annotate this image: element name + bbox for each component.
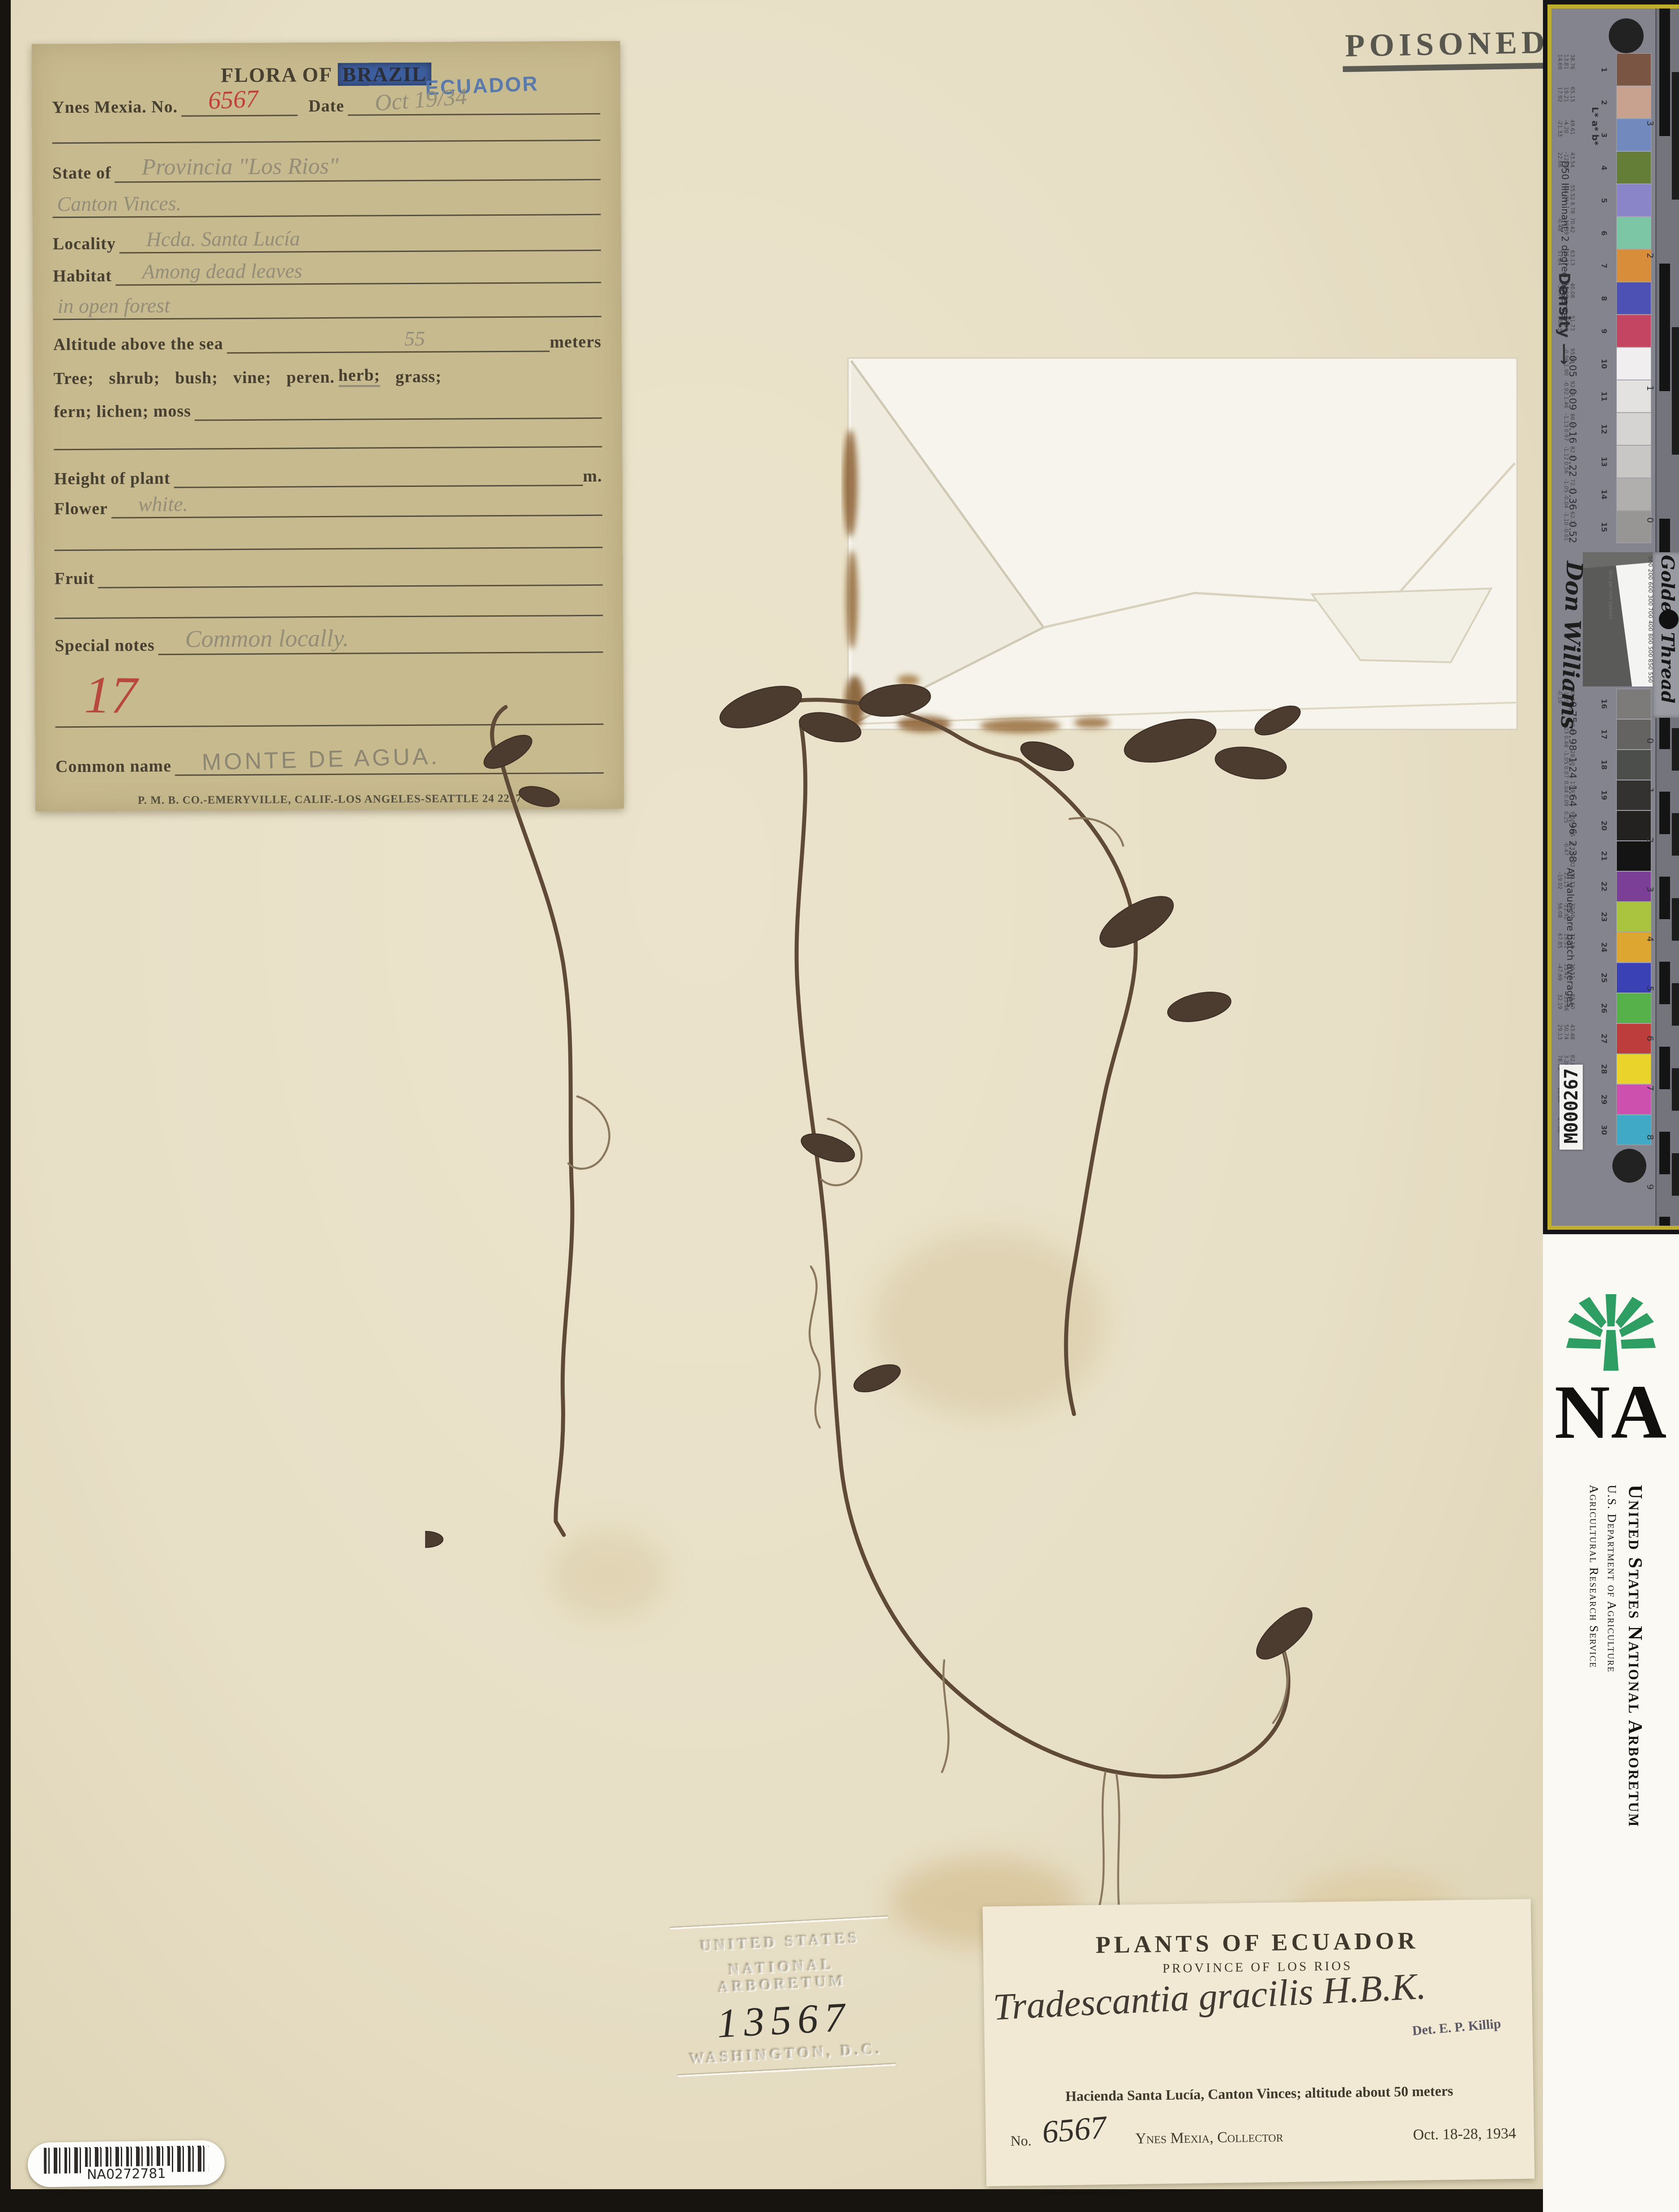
growth-form-row: Tree; shrub; bush; vine; peren. herb; gr… bbox=[53, 364, 601, 388]
arboretum-panel: NA United States National Arboretum U.S.… bbox=[1543, 1234, 1679, 2212]
number-rule: 6567 bbox=[181, 94, 298, 116]
number-date-row: Ynes Mexia. No. 6567 Date Oct 19/34 bbox=[52, 93, 600, 117]
embossed-accession-stamp: UNITED STATES NATIONAL ARBORETUM 13567 W… bbox=[667, 1916, 899, 2089]
cm-scale-bars-offset bbox=[1672, 728, 1679, 1230]
patch-index: 11 bbox=[1600, 391, 1608, 401]
barcode-label: NA0272781 bbox=[27, 2140, 225, 2187]
collection-date: Oct. 18-28, 1934 bbox=[1413, 2125, 1516, 2144]
growth-herb-underlined: herb; bbox=[338, 365, 380, 387]
patch-row: 72.50 -22.92 56.08 23 bbox=[1551, 902, 1654, 932]
patch-row: 86.92 -1.13 0.97 12 bbox=[1551, 413, 1654, 445]
habitat-row: Habitat Among dead leaves bbox=[53, 261, 601, 286]
patch-row: 9.50 0.45 0.25 20 bbox=[1551, 810, 1654, 841]
habitat-row-2: in open forest bbox=[53, 295, 601, 320]
canton-row: Canton Vinces. bbox=[52, 193, 601, 218]
fruit-rule bbox=[98, 564, 603, 588]
canton-value: Canton Vinces. bbox=[57, 192, 181, 216]
ecuador-label-title: PLANTS OF ECUADOR bbox=[983, 1925, 1532, 1960]
inch-tick: 3 bbox=[1645, 120, 1656, 126]
patch-index: 29 bbox=[1600, 1095, 1608, 1104]
growth-form-row-2: fern; lichen; moss bbox=[54, 397, 602, 422]
patch-index: 24 bbox=[1600, 942, 1608, 952]
patch-lab-values: 72.17 -1.05 -0.04 bbox=[1554, 479, 1576, 510]
locality-value: Hcda. Santa Lucía bbox=[146, 226, 300, 251]
target-barcode-label: M000267 bbox=[1560, 1065, 1583, 1150]
patch-index: 26 bbox=[1600, 1003, 1608, 1013]
cm-tick: 0 bbox=[1645, 738, 1656, 744]
golden-thread-tag: Golden Thread bbox=[1653, 552, 1679, 718]
inch-tick: 1 bbox=[1645, 385, 1656, 391]
common-name-value: MONTE DE AGUA. bbox=[201, 743, 440, 776]
patch-index: 14 bbox=[1600, 489, 1608, 499]
patch-lab-values: 28.50 -1.05 0.07 bbox=[1554, 750, 1576, 779]
patch-index: 10 bbox=[1600, 358, 1608, 368]
patch-row: 43.54 -12.89 22.66 4 bbox=[1551, 151, 1654, 184]
cm-tick: 9 bbox=[1645, 1184, 1656, 1190]
org-usda: U.S. Department of Agriculture bbox=[1603, 1485, 1621, 2111]
state-rule: Provincia "Los Rios" bbox=[115, 158, 601, 183]
patch-row: 70.42 -32.39 -0.48 6 bbox=[1551, 217, 1654, 249]
fruit-row: Fruit bbox=[55, 564, 603, 588]
plant-specimen bbox=[425, 649, 1342, 2018]
patch-index: 2 bbox=[1600, 100, 1608, 105]
accession-number: 13567 bbox=[671, 1990, 897, 2050]
patch-index: 17 bbox=[1600, 729, 1608, 739]
na-monogram: NA bbox=[1543, 1368, 1679, 1457]
flower-value: white. bbox=[138, 492, 188, 516]
altitude-rule: 55 bbox=[227, 330, 550, 354]
fruit-label: Fruit bbox=[55, 569, 95, 588]
org-arboretum: United States National Arboretum bbox=[1621, 1485, 1649, 2111]
patch-index: 6 bbox=[1600, 230, 1608, 235]
patch-row: 17.97 0.04 0.09 19 bbox=[1551, 780, 1654, 810]
locality-line: Hacienda Santa Lucía, Canton Vinces; alt… bbox=[985, 2081, 1533, 2105]
patch-index: 18 bbox=[1600, 760, 1608, 770]
color-patch bbox=[1617, 689, 1651, 719]
patch-row: 55.52 8.78 -24.31 5 bbox=[1551, 184, 1654, 217]
patch-lab-values: 72.50 -22.92 56.08 bbox=[1554, 903, 1576, 931]
cm-tick: 4 bbox=[1645, 936, 1656, 942]
patch-index: 27 bbox=[1600, 1034, 1608, 1044]
growth-shrub: shrub; bbox=[109, 368, 160, 388]
patch-lab-values: 17.97 0.04 0.09 bbox=[1554, 781, 1576, 810]
height-unit: m. bbox=[583, 466, 602, 486]
crossed-country: BRAZIL bbox=[338, 63, 431, 86]
patch-index: 9 bbox=[1600, 328, 1608, 333]
cm-tick: 7 bbox=[1645, 1085, 1656, 1091]
color-patch bbox=[1617, 86, 1651, 118]
barcode-text: NA0272781 bbox=[28, 2165, 225, 2183]
patch-strip-upper: 38.76 13.81 14.69 1 65.15 19.21 17.92 2 … bbox=[1551, 53, 1654, 543]
patch-row: 49.61 -4.20 -21.33 3 bbox=[1551, 119, 1654, 151]
height-row: Height of plant m. bbox=[54, 464, 602, 489]
patch-lab-values: 55.52 8.78 -24.31 bbox=[1554, 185, 1576, 216]
state-row: State of Provincia "Los Rios" bbox=[52, 158, 601, 183]
collector-name: Ynes Mexia, Collector bbox=[1135, 2128, 1283, 2148]
locality-row: Locality Hcda. Santa Lucía bbox=[53, 229, 601, 254]
arboretum-tree-icon bbox=[1566, 1288, 1656, 1371]
state-label: State of bbox=[52, 163, 111, 183]
red-sheet-number: 17 bbox=[84, 665, 137, 726]
patch-index: 22 bbox=[1600, 882, 1608, 891]
habitat-value: Among dead leaves bbox=[142, 259, 303, 283]
flora-of-text: FLORA OF bbox=[221, 63, 332, 86]
special-notes-value: Common locally. bbox=[185, 624, 349, 653]
blank-rule bbox=[54, 547, 602, 551]
patch-index: 21 bbox=[1600, 851, 1608, 861]
flora-label-header: FLORA OF BRAZIL ECUADOR bbox=[52, 61, 600, 88]
canton-rule: Canton Vinces. bbox=[52, 193, 601, 218]
common-name-label: Common name bbox=[55, 756, 171, 776]
flower-row: Flower white. bbox=[54, 494, 602, 519]
altitude-unit: meters bbox=[550, 332, 601, 352]
patch-index: 28 bbox=[1600, 1064, 1608, 1074]
patch-row: 92.09 -0.92 1.46 11 bbox=[1551, 380, 1654, 413]
patch-index: 4 bbox=[1600, 165, 1608, 170]
patch-lab-values: 9.50 0.45 0.25 bbox=[1554, 811, 1576, 840]
date-rule: Oct 19/34 bbox=[348, 93, 600, 116]
dpi-caption: dots per inch (optical) bbox=[1608, 570, 1613, 619]
patch-lab-values: 92.09 -0.92 1.46 bbox=[1554, 381, 1576, 412]
patch-lab-values: 70.42 -32.39 -0.48 bbox=[1554, 217, 1576, 248]
color-patch bbox=[1617, 54, 1651, 85]
patch-index: 20 bbox=[1600, 821, 1608, 831]
patch-index: 15 bbox=[1600, 522, 1608, 532]
brand-dot bbox=[1659, 609, 1679, 629]
determination-label: PLANTS OF ECUADOR PROVINCE OF LOS RIOS T… bbox=[983, 1899, 1535, 2186]
patch-lab-values: 95.34 -0.90 1.90 bbox=[1554, 348, 1576, 379]
date-value: Oct 19/34 bbox=[374, 83, 468, 116]
cm-tick: 3 bbox=[1645, 887, 1656, 892]
altitude-label: Altitude above the sea bbox=[53, 334, 223, 354]
patch-index: 23 bbox=[1600, 912, 1608, 922]
patch-lab-values: 82.37 -1.12 0.56 bbox=[1554, 446, 1576, 477]
patch-lab-values: 65.15 19.21 17.92 bbox=[1554, 87, 1576, 118]
blank-rule bbox=[52, 140, 601, 144]
patch-row: 65.15 19.21 17.92 2 bbox=[1551, 86, 1654, 119]
growth-grass: grass; bbox=[396, 367, 442, 387]
patch-index: 8 bbox=[1600, 296, 1608, 301]
cm-tick: 1 bbox=[1645, 788, 1656, 793]
cm-tick: 6 bbox=[1645, 1036, 1656, 1041]
patch-row: 72.10 19.51 67.85 24 bbox=[1551, 932, 1654, 963]
registration-circle-top bbox=[1609, 18, 1644, 53]
cm-tick: 5 bbox=[1645, 986, 1656, 992]
patch-lab-values: 38.76 13.81 14.69 bbox=[1554, 54, 1576, 85]
cm-tick: 2 bbox=[1645, 837, 1656, 843]
locality-label: Locality bbox=[53, 234, 116, 254]
patch-index: 30 bbox=[1600, 1125, 1608, 1135]
patch-lab-values: 43.54 -12.89 22.66 bbox=[1554, 152, 1576, 183]
patch-lab-values: 51.73 47.36 16.93 bbox=[1554, 315, 1576, 346]
barcode-value: NA0272781 bbox=[82, 2166, 170, 2183]
inch-tick: 2 bbox=[1645, 253, 1656, 259]
growth-peren: peren. bbox=[286, 367, 335, 388]
patch-lab-values: 30.32 22.13 -19.02 bbox=[1554, 872, 1576, 901]
flower-label: Flower bbox=[54, 499, 108, 519]
patch-index: 13 bbox=[1600, 456, 1608, 466]
habitat-rule: Among dead leaves bbox=[115, 261, 601, 286]
calibration-strip: inches centimeters L* a* b* D50 Illumina… bbox=[1543, 0, 1679, 1234]
patch-lab-values: 40.08 10.25 -34.77 bbox=[1554, 283, 1576, 314]
date-label: Date bbox=[308, 96, 344, 116]
no-label: No. bbox=[1010, 2132, 1032, 2149]
determiner-stamp: Det. E. P. Killip bbox=[1412, 2016, 1502, 2039]
height-label: Height of plant bbox=[54, 469, 170, 489]
patch-index: 7 bbox=[1600, 263, 1608, 268]
patch-lab-values: 29.51 13.42 -47.69 bbox=[1554, 963, 1576, 992]
growth-vine: vine; bbox=[233, 368, 271, 388]
flower-rule: white. bbox=[111, 494, 602, 519]
resolution-wedge bbox=[1583, 552, 1656, 686]
patch-row: 29.51 13.42 -47.69 25 bbox=[1551, 963, 1654, 993]
patch-index: 3 bbox=[1600, 132, 1608, 137]
herbarium-scan: FLORA OF BRAZIL ECUADOR Ynes Mexia. No. … bbox=[0, 0, 1679, 2212]
patch-row: 72.17 -1.05 -0.04 14 bbox=[1551, 478, 1654, 511]
habitat-rule-2: in open forest bbox=[53, 295, 601, 320]
cm-scale-bars bbox=[1659, 707, 1670, 1230]
patch-row: 28.50 -1.05 0.07 18 bbox=[1551, 750, 1654, 780]
patch-row: 62.32 -1.10 -0.01 15 bbox=[1551, 511, 1654, 543]
altitude-row: Altitude above the sea 55 meters bbox=[53, 330, 601, 354]
patch-lab-values: 49.61 -4.20 -21.33 bbox=[1554, 119, 1576, 150]
patch-lab-values: 86.92 -1.13 0.97 bbox=[1554, 413, 1576, 444]
calibration-target-card: inches centimeters L* a* b* D50 Illumina… bbox=[1547, 4, 1679, 1230]
patch-row: 4.33 0.32 -0.47 21 bbox=[1551, 841, 1654, 871]
patch-index: 25 bbox=[1600, 973, 1608, 983]
patch-index: 16 bbox=[1600, 699, 1608, 709]
patch-lab-values: 62.32 -1.10 -0.01 bbox=[1554, 511, 1576, 542]
state-value: Provincia "Los Rios" bbox=[141, 153, 339, 180]
patch-row: 38.76 13.81 14.69 1 bbox=[1551, 53, 1654, 86]
emboss-united-states: UNITED STATES bbox=[668, 1928, 892, 1956]
inch-tick-numbers: 3210 bbox=[1645, 120, 1656, 523]
resolution-chart: dots per inch (optical) 500 200600 30070… bbox=[1583, 552, 1656, 686]
cm-tick: 8 bbox=[1645, 1134, 1656, 1140]
growth-tree: Tree; bbox=[53, 369, 94, 388]
emboss-national-arboretum: NATIONAL ARBORETUM bbox=[669, 1953, 894, 1999]
blank-rule bbox=[55, 615, 603, 619]
patch-row: 55.60 -33.46 32.19 26 bbox=[1551, 993, 1654, 1023]
patch-row: 82.37 -1.12 0.56 13 bbox=[1551, 445, 1654, 478]
org-ars: Agricultural Research Service bbox=[1585, 1485, 1603, 2111]
patch-row: 43.48 50.74 29.13 27 bbox=[1551, 1023, 1654, 1054]
locality-rule: Hcda. Santa Lucía bbox=[119, 229, 601, 254]
patch-index: 1 bbox=[1600, 67, 1608, 72]
target-barcode-value: M000267 bbox=[1561, 1068, 1582, 1144]
growth-rule bbox=[195, 397, 602, 421]
patch-index: 12 bbox=[1600, 424, 1608, 434]
patch-lab-values: 55.60 -33.46 32.19 bbox=[1554, 994, 1576, 1023]
height-rule bbox=[174, 464, 583, 488]
patch-index: 5 bbox=[1600, 198, 1608, 203]
patch-row: 95.34 -0.90 1.90 10 bbox=[1551, 347, 1654, 380]
patch-lab-values: 43.48 50.74 29.13 bbox=[1554, 1024, 1576, 1053]
habitat-value-2: in open forest bbox=[57, 294, 170, 318]
blank-rule bbox=[54, 446, 602, 450]
collection-number: 6567 bbox=[208, 85, 259, 115]
habitat-label: Habitat bbox=[53, 266, 112, 286]
collector-row: No. 6567 Ynes Mexia, Collector Oct. 18-2… bbox=[1010, 2118, 1517, 2149]
patch-lab-values: 4.33 0.32 -0.47 bbox=[1554, 842, 1576, 870]
growth-fern-lichen-moss: fern; lichen; moss bbox=[54, 401, 191, 422]
altitude-value: 55 bbox=[404, 327, 425, 350]
patch-lab-values: 72.10 19.51 67.85 bbox=[1554, 933, 1576, 962]
collector-label: Ynes Mexia. No. bbox=[52, 97, 178, 117]
patch-lab-values: 63.13 35.43 57.84 bbox=[1554, 250, 1576, 281]
registration-circle-bottom bbox=[1612, 1149, 1646, 1183]
patch-index: 19 bbox=[1600, 790, 1608, 800]
special-notes-label: Special notes bbox=[55, 635, 154, 656]
collector-number: 6567 bbox=[1041, 2109, 1108, 2151]
patch-row: 40.08 10.25 -34.77 8 bbox=[1551, 282, 1654, 315]
patch-row: 30.32 22.13 -19.02 22 bbox=[1551, 871, 1654, 902]
growth-bush: bush; bbox=[175, 368, 218, 388]
patch-row: 63.13 35.43 57.84 7 bbox=[1551, 249, 1654, 282]
inch-tick: 0 bbox=[1645, 517, 1656, 523]
organization-names: United States National Arboretum U.S. De… bbox=[1585, 1485, 1649, 2111]
poisoned-stamp: POISONED bbox=[1342, 26, 1552, 72]
patch-row: 51.73 47.36 16.93 9 bbox=[1551, 315, 1654, 347]
cm-tick-numbers: 0123456789 bbox=[1645, 738, 1656, 1190]
